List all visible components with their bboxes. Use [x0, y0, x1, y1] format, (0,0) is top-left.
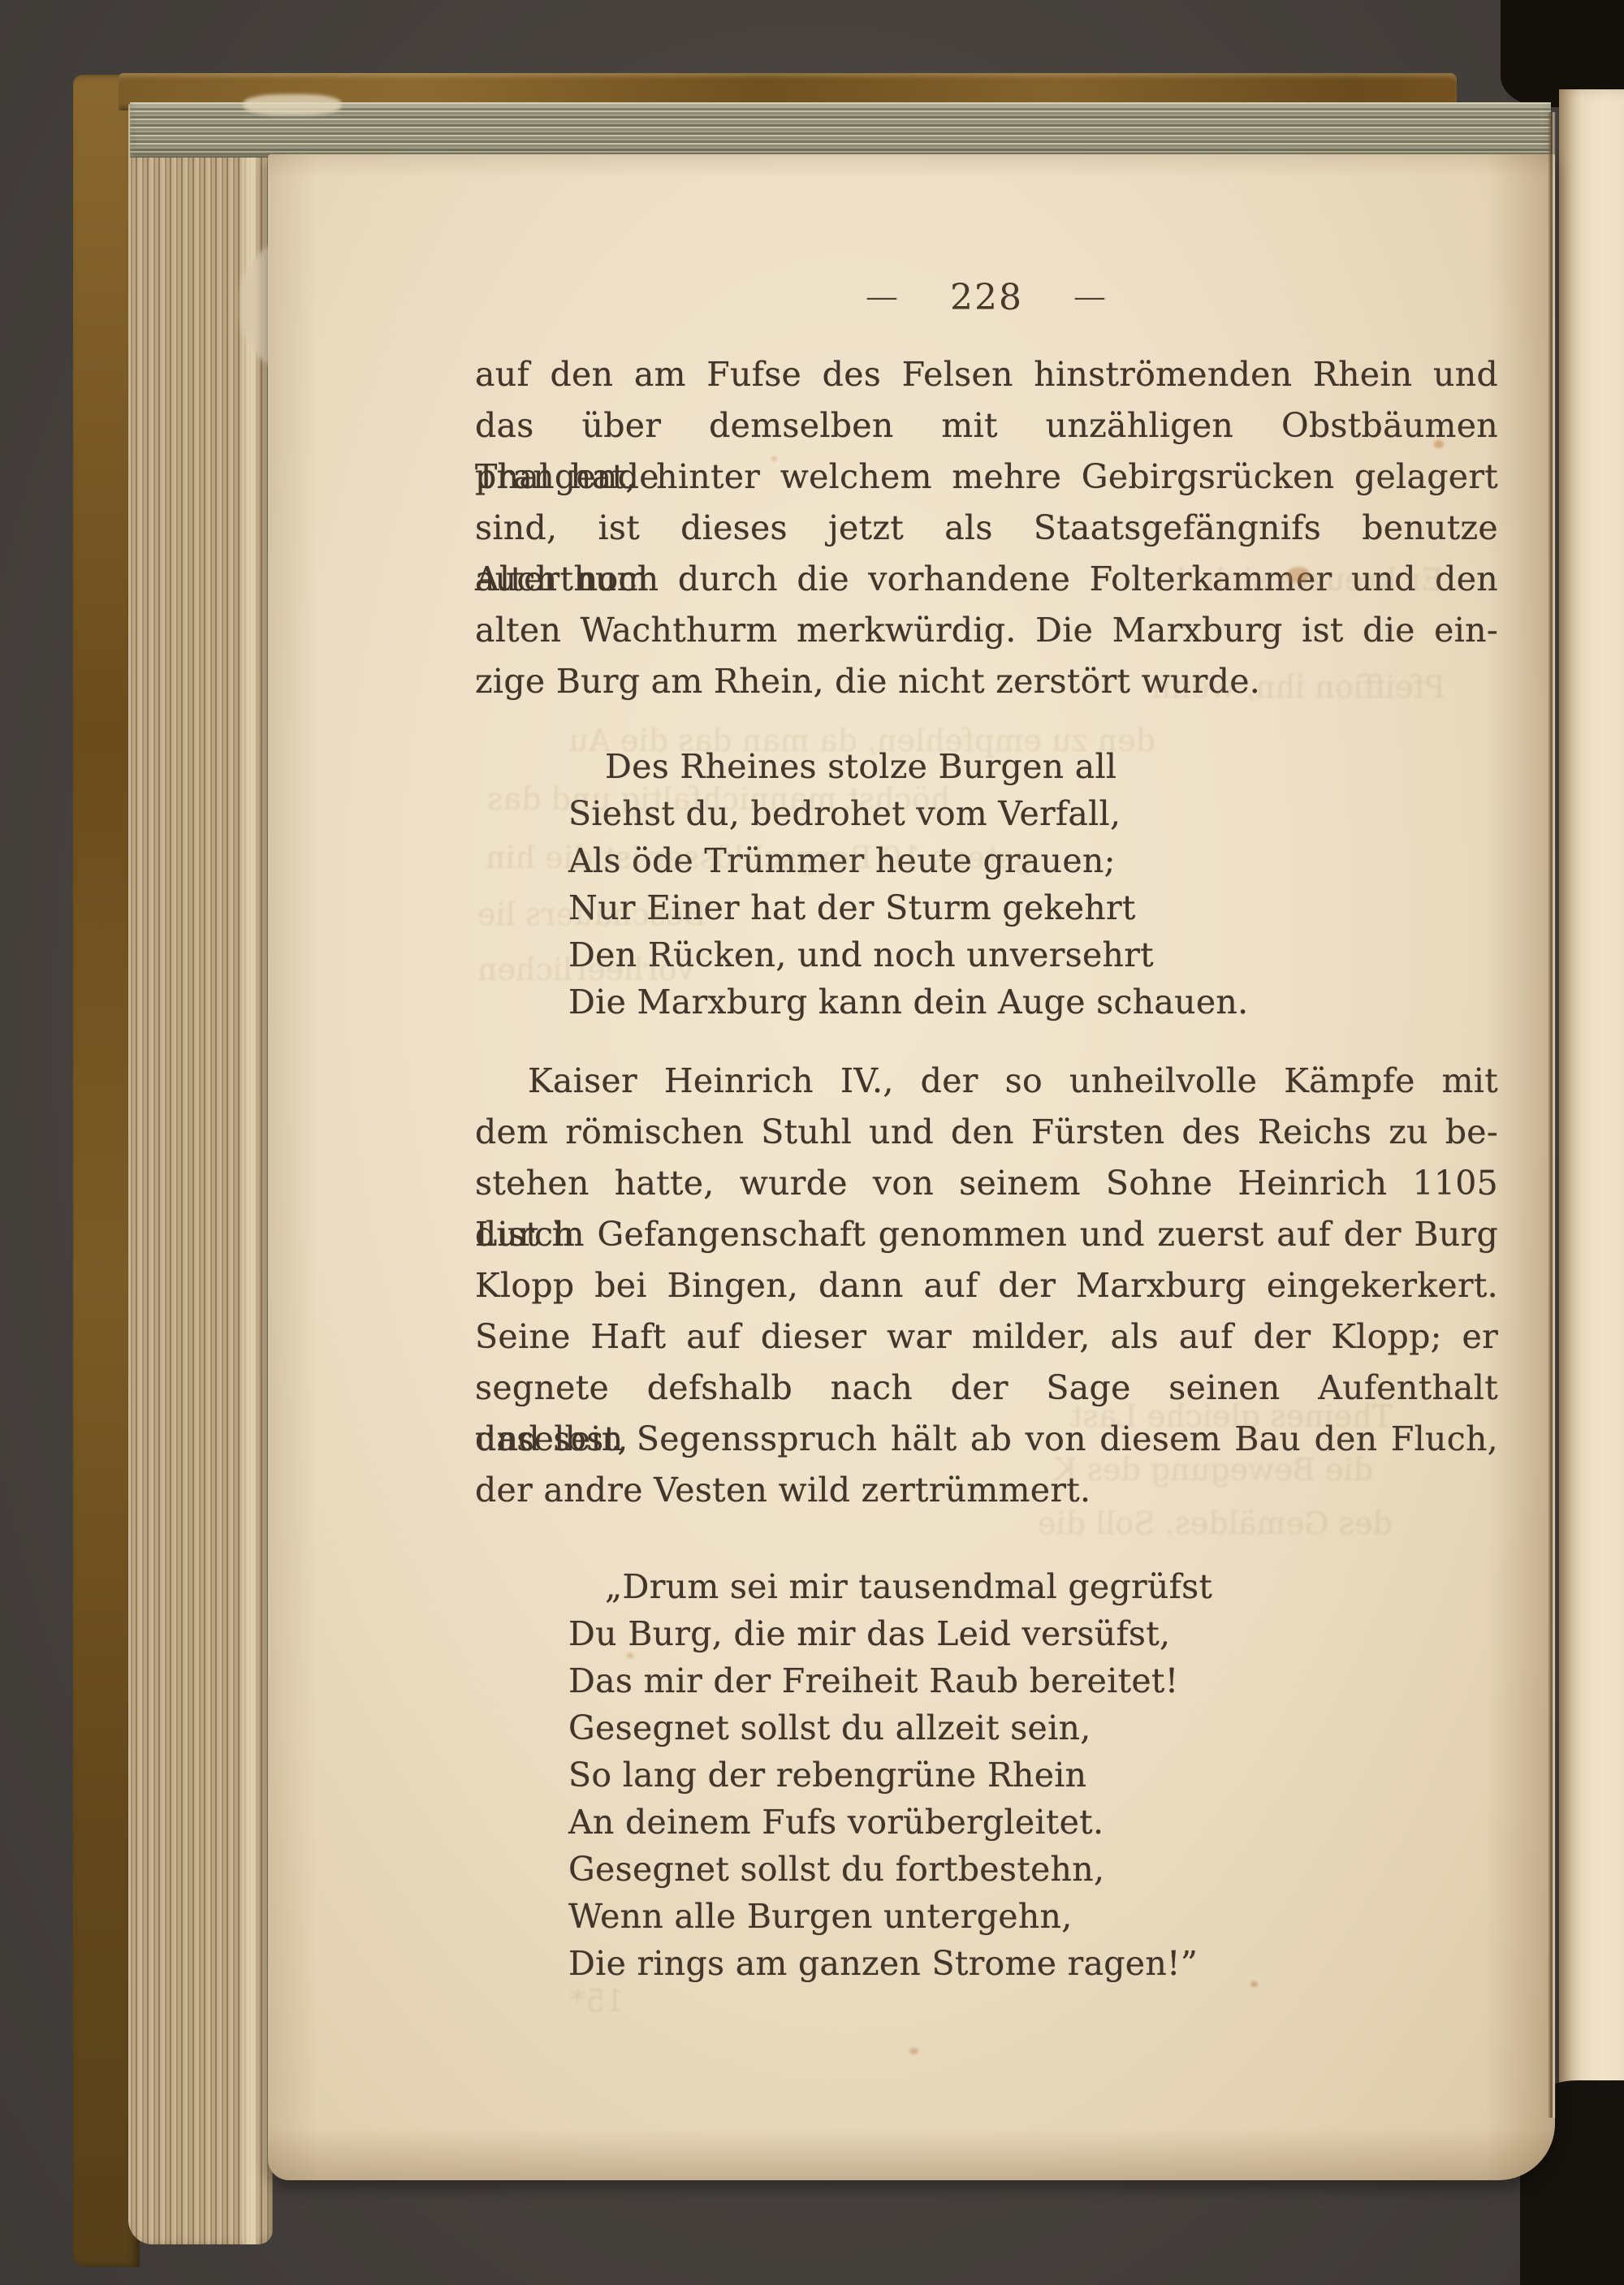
text-line: Du Burg, die mir das Leid versüfst,	[568, 1610, 1170, 1657]
text-line: Siehst du, bedrohet vom Verfall,	[568, 790, 1121, 837]
text-line: zige Burg am Rhein, die nicht zerstört w…	[475, 656, 1498, 707]
facing-page-sliver	[1559, 89, 1624, 2101]
text-line: Als öde Trümmer heute grauen;	[568, 837, 1116, 884]
bleedthrough-text: 15*	[570, 1983, 624, 2019]
text-line: „Drum sei mir tausendmal gegrüfst	[605, 1563, 1212, 1610]
text-line: Kaiser Heinrich IV., der so unheilvolle …	[475, 1056, 1498, 1107]
folio-dash-left: —	[866, 283, 900, 313]
text-line: Wenn alle Burgen untergehn,	[568, 1893, 1073, 1940]
page-stack-fore-edge	[128, 104, 273, 2244]
text-line: Des Rheines stolze Burgen all	[605, 743, 1116, 790]
text-line: Die Marxburg kann dein Auge schauen.	[568, 978, 1248, 1026]
page-stack-top-edge	[130, 102, 1551, 158]
book-page: — 228 — auf den am Fufse des Felsen hins…	[268, 154, 1555, 2180]
text-line: Nur Einer hat der Sturm gekehrt	[568, 884, 1136, 931]
text-line: der andre Vesten wild zertrümmert.	[475, 1465, 1498, 1516]
folio-dash-right: —	[1073, 283, 1108, 313]
text-line: segnete defshalb nach der Sage seinen Au…	[475, 1363, 1498, 1414]
text-line: Die rings am ganzen Strome ragen!”	[568, 1940, 1198, 1987]
gutter-fold-line	[1548, 112, 1556, 2118]
text-line: alten Wachthurm merkwürdig. Die Marxburg…	[475, 605, 1498, 656]
text-line: Seine Haft auf dieser war milder, als au…	[475, 1311, 1498, 1363]
text-line: auf den am Fufse des Felsen hinströmende…	[475, 349, 1498, 400]
text-line: Klopp bei Bingen, dann auf der Marxburg …	[475, 1260, 1498, 1311]
page-header-folio: — 228 —	[475, 273, 1498, 322]
text-line: Gesegnet sollst du fortbestehn,	[568, 1846, 1104, 1893]
paper-stain	[1250, 1981, 1258, 1987]
page-number: 228	[950, 277, 1023, 318]
text-line: List in Gefangenschaft genommen und zuer…	[475, 1209, 1498, 1260]
text-line: und sein Segensspruch hält ab von diesem…	[475, 1414, 1498, 1465]
cover-edge-wear	[244, 94, 341, 115]
text-line: Den Rücken, und noch unversehrt	[568, 931, 1154, 978]
text-line: sind, ist dieses jetzt als Staatsgefängn…	[475, 503, 1498, 554]
text-line: Thal hat, hinter welchem mehre Gebirgsrü…	[475, 451, 1498, 503]
text-line: Das mir der Freiheit Raub bereitet!	[568, 1657, 1178, 1704]
text-line: dem römischen Stuhl und den Fürsten des …	[475, 1107, 1498, 1158]
scan-background: { "page": { "folio": { "dash": "—", "num…	[0, 0, 1624, 2285]
text-line: das über demselben mit unzähligen Obstbä…	[475, 400, 1498, 451]
text-line: Gesegnet sollst du allzeit sein,	[568, 1704, 1091, 1752]
text-line: So lang der rebengrüne Rhein	[568, 1752, 1086, 1799]
text-line: An deinem Fufs vorübergleitet.	[568, 1799, 1104, 1846]
text-line: auch noch durch die vorhandene Folterkam…	[475, 554, 1498, 605]
text-line: stehen hatte, wurde von seinem Sohne Hei…	[475, 1158, 1498, 1209]
paper-stain	[909, 2048, 918, 2054]
